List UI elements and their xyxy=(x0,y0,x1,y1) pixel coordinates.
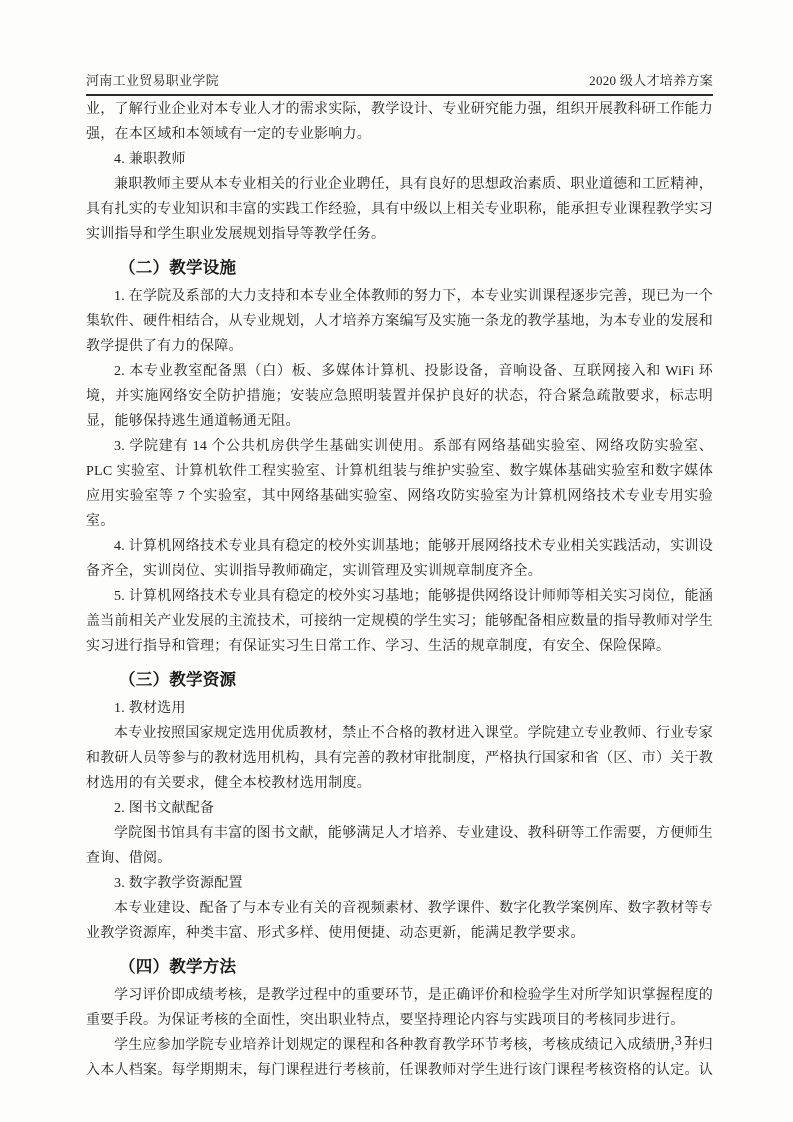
section-heading-teaching-methods: （四）教学方法 xyxy=(86,955,713,980)
list-item: 3. 数字教学资源配置 xyxy=(86,871,713,896)
header-doc-title: 2020 级人才培养方案 xyxy=(589,70,713,89)
list-item: 1. 教材选用 xyxy=(86,696,713,721)
paragraph: 本专业建设、配备了与本专业有关的音视频素材、教学课件、数字化教学案例库、数字教材… xyxy=(86,896,713,946)
header-school-name: 河南工业贸易职业学院 xyxy=(86,70,219,89)
page-number: - 37 - xyxy=(663,1034,705,1049)
paragraph-continuation: 业，了解行业企业对本专业人才的需求实际，教学设计、专业研究能力强，组织开展教科研… xyxy=(86,97,713,147)
list-item: 2. 图书文献配备 xyxy=(86,796,713,821)
paragraph: 学习评价即成绩考核，是教学过程中的重要环节，是正确评价和检验学生对所学知识掌握程… xyxy=(86,983,713,1033)
paragraph: 4. 计算机网络技术专业具有稳定的校外实训基地；能够开展网络技术专业相关实践活动… xyxy=(86,534,713,584)
paragraph: 本专业按照国家规定选用优质教材，禁止不合格的教材进入课堂。学院建立专业教师、行业… xyxy=(86,721,713,796)
paragraph: 2. 本专业教室配备黑（白）板、多媒体计算机、投影设备，音响设备、互联网接入和 … xyxy=(86,359,713,434)
document-body: 业，了解行业企业对本专业人才的需求实际，教学设计、专业研究能力强，组织开展教科研… xyxy=(86,97,713,1083)
list-item: 4. 兼职教师 xyxy=(86,147,713,172)
page-footer: - 37 - xyxy=(86,1034,713,1050)
document-page: 河南工业贸易职业学院 2020 级人才培养方案 业，了解行业企业对本专业人才的需… xyxy=(0,0,793,1122)
paragraph: 学院图书馆具有丰富的图书文献，能够满足人才培养、专业建设、教科研等工作需要，方便… xyxy=(86,821,713,871)
paragraph: 1. 在学院及系部的大力支持和本专业全体教师的努力下，本专业实训课程逐步完善，现… xyxy=(86,284,713,359)
section-heading-teaching-resources: （三）教学资源 xyxy=(86,668,713,693)
paragraph: 5. 计算机网络技术专业具有稳定的校外实习基地；能够提供网络设计师师等相关实习岗… xyxy=(86,584,713,659)
running-header: 河南工业贸易职业学院 2020 级人才培养方案 xyxy=(86,70,713,96)
section-heading-teaching-facilities: （二）教学设施 xyxy=(86,256,713,281)
paragraph: 兼职教师主要从本专业相关的行业企业聘任，具有良好的思想政治素质、职业道德和工匠精… xyxy=(86,172,713,247)
paragraph: 3. 学院建有 14 个公共机房供学生基础实训使用。系部有网络基础实验室、网络攻… xyxy=(86,434,713,534)
